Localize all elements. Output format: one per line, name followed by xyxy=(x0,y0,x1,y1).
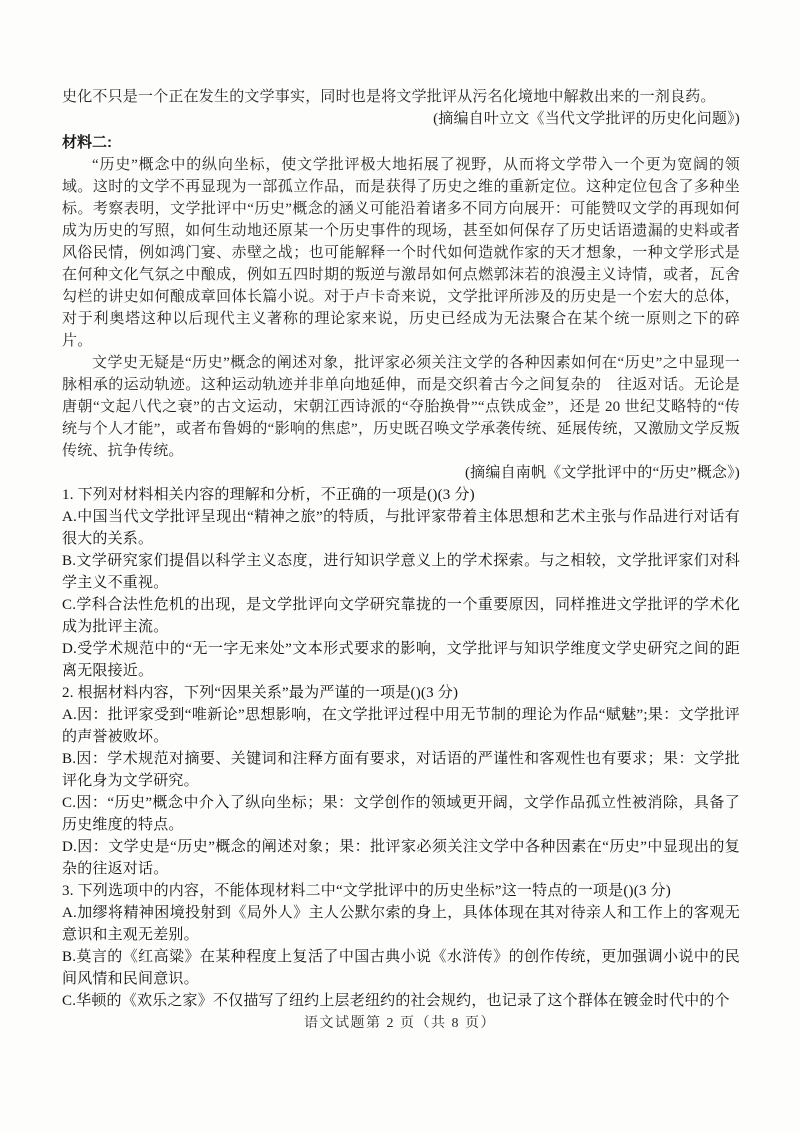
material2-paragraph-2: 文学史无疑是“历史”概念的阐述对象，批评家必须关注文学的各种因素如何在“历史”之… xyxy=(62,352,740,462)
question-3: 3. 下列选项中的内容，不能体现材料二中“文学批评中的历史坐标”这一特点的一项是… xyxy=(62,880,740,1012)
question-1-option-a: A.中国当代文学批评呈现出“精神之旅”的特质，与批评家带着主体思想和艺术主张与作… xyxy=(62,506,740,550)
page-content: 史化不只是一个正在发生的文学事实，同时也是将文学批评从污名化境地中解救出来的一剂… xyxy=(62,86,740,1012)
question-2-option-a: A.因：批评家受到“唯新论”思想影响，在文学批评过程中用无节制的理论为作品“赋魅… xyxy=(62,704,740,748)
question-2: 2. 根据材料内容，下列“因果关系”最为严谨的一项是()(3 分) A.因：批评… xyxy=(62,682,740,880)
question-3-option-c: C.华顿的《欢乐之家》不仅描写了纽约上层老纽约的社会规约，也记录了这个群体在镀金… xyxy=(62,990,740,1012)
question-3-stem: 3. 下列选项中的内容，不能体现材料二中“文学批评中的历史坐标”这一特点的一项是… xyxy=(62,880,740,902)
material2-heading: 材料二: xyxy=(62,132,740,154)
material2-attribution: (摘编自南帆《文学批评中的“历史”概念》) xyxy=(62,462,740,484)
material1-closing-line: 史化不只是一个正在发生的文学事实，同时也是将文学批评从污名化境地中解救出来的一剂… xyxy=(62,86,740,108)
question-2-stem: 2. 根据材料内容，下列“因果关系”最为严谨的一项是()(3 分) xyxy=(62,682,740,704)
question-1-option-b: B.文学研究家们提倡以科学主义态度，进行知识学意义上的学术探索。与之相较，文学批… xyxy=(62,550,740,594)
material2-paragraph-1: “历史”概念中的纵向坐标，使文学批评极大地拓展了视野，从而将文学带入一个更为宽阔… xyxy=(62,154,740,352)
question-1-option-c: C.学科合法性危机的出现，是文学批评向文学研究靠拢的一个重要原因，同样推进文学批… xyxy=(62,594,740,638)
page-footer: 语文试题第 2 页（共 8 页） xyxy=(0,1012,800,1032)
question-1: 1. 下列对材料相关内容的理解和分析，不正确的一项是()(3 分) A.中国当代… xyxy=(62,484,740,682)
question-3-option-a: A.加缪将精神困境投射到《局外人》主人公默尔索的身上，具体体现在其对待亲人和工作… xyxy=(62,902,740,946)
exam-page: 史化不只是一个正在发生的文学事实，同时也是将文学批评从污名化境地中解救出来的一剂… xyxy=(0,0,800,1131)
question-1-option-d: D.受学术规范中的“无一字无来处”文本形式要求的影响，文学批评与知识学维度文学史… xyxy=(62,638,740,682)
question-2-option-c: C.因：“历史”概念中介入了纵向坐标；果：文学创作的领域更开阔，文学作品孤立性被… xyxy=(62,792,740,836)
question-2-option-b: B.因：学术规范对摘要、关键词和注释方面有要求，对话语的严谨性和客观性也有要求；… xyxy=(62,748,740,792)
question-2-option-d: D.因：文学史是“历史”概念的阐述对象；果：批评家必须关注文学中各种因素在“历史… xyxy=(62,836,740,880)
material1-attribution: (摘编自叶立文《当代文学批评的历史化问题》) xyxy=(62,108,740,130)
question-1-stem: 1. 下列对材料相关内容的理解和分析，不正确的一项是()(3 分) xyxy=(62,484,740,506)
question-3-option-b: B.莫言的《红高粱》在某种程度上复活了中国古典小说《水浒传》的创作传统，更加强调… xyxy=(62,946,740,990)
